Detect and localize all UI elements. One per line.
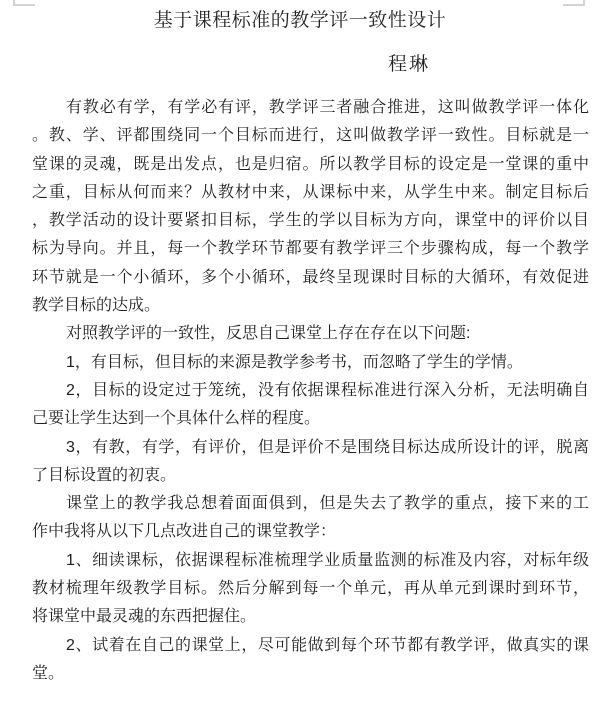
crop-corner-left-icon <box>13 0 35 6</box>
text-line: 己要让学生达到一个具体什么样的程度。 <box>32 405 589 433</box>
text-line: 堂课的灵魂，既是出发点，也是归宿。所以教学目标的设定是一堂课的重中 <box>32 151 589 179</box>
text-line: 堂。 <box>32 660 589 688</box>
paragraph: 1，有目标，但目标的来源是教学参考书，而忽略了学生的学情。 <box>32 349 589 377</box>
text-line: 3，有教，有学，有评价，但是评价不是围绕目标达成所设计的评，脱离 <box>32 434 589 462</box>
document-author: 程琳 <box>0 53 600 77</box>
text-line: ，教学活动的设计要紧扣目标，学生的学以目标为方向，课堂中的评价以目 <box>32 207 589 235</box>
text-line: 环节就是一个小循环，多个小循环，最终呈现课时目标的大循环，有效促进 <box>32 264 589 292</box>
text-line: 标为导向。并且，每一个教学环节都要有教学评三个步骤构成，每一个教学 <box>32 235 589 263</box>
text-line: 2，目标的设定过于笼统，没有依据课程标准进行深入分析，无法明确自 <box>32 377 589 405</box>
text-line: 课堂上的教学我总想着面面俱到，但是失去了教学的重点，接下来的工 <box>32 490 589 518</box>
text-line: 教材梳理年级教学目标。然后分解到每一个单元，再从单元到课时到环节， <box>32 575 589 603</box>
document-body: 有教必有学，有学必有评，教学评三者融合推进，这叫做教学评一体化。教、学、评都围绕… <box>0 94 600 688</box>
text-line: 有教必有学，有学必有评，教学评三者融合推进，这叫做教学评一体化 <box>32 94 589 122</box>
text-line: 将课堂中最灵魂的东西把握住。 <box>32 603 589 631</box>
paragraph: 2，目标的设定过于笼统，没有依据课程标准进行深入分析，无法明确自己要让学生达到一… <box>32 377 589 434</box>
text-line: 了目标设置的初衷。 <box>32 462 589 490</box>
paragraph: 对照教学评的一致性，反思自己课堂上存在存在以下问题: <box>32 320 589 348</box>
document-page: 基于课程标准的教学评一致性设计 程琳 有教必有学，有学必有评，教学评三者融合推进… <box>0 0 600 713</box>
paragraph: 课堂上的教学我总想着面面俱到，但是失去了教学的重点，接下来的工作中我将从以下几点… <box>32 490 589 547</box>
text-line: 2、试着在自己的课堂上，尽可能做到每个环节都有教学评，做真实的课 <box>32 632 589 660</box>
text-line: 作中我将从以下几点改进自己的课堂教学： <box>32 518 589 546</box>
paragraph: 2、试着在自己的课堂上，尽可能做到每个环节都有教学评，做真实的课堂。 <box>32 632 589 689</box>
text-line: 之重，目标从何而来？从教材中来，从课标中来，从学生中来。制定目标后 <box>32 179 589 207</box>
paragraph: 3，有教，有学，有评价，但是评价不是围绕目标达成所设计的评，脱离了目标设置的初衷… <box>32 434 589 491</box>
text-line: 1、细读课标，依据课程标准梳理学业质量监测的标准及内容，对标年级 <box>32 547 589 575</box>
text-line: 教学目标的达成。 <box>32 292 589 320</box>
text-line: 。教、学、评都围绕同一个目标而进行，这叫做教学评一致性。目标就是一 <box>32 122 589 150</box>
paragraph: 有教必有学，有学必有评，教学评三者融合推进，这叫做教学评一体化。教、学、评都围绕… <box>32 94 589 320</box>
text-line: 1，有目标，但目标的来源是教学参考书，而忽略了学生的学情。 <box>32 349 589 377</box>
text-line: 对照教学评的一致性，反思自己课堂上存在存在以下问题: <box>32 320 589 348</box>
paragraph: 1、细读课标，依据课程标准梳理学业质量监测的标准及内容，对标年级教材梳理年级教学… <box>32 547 589 632</box>
document-title: 基于课程标准的教学评一致性设计 <box>0 8 600 34</box>
crop-corner-right-icon <box>563 0 585 6</box>
